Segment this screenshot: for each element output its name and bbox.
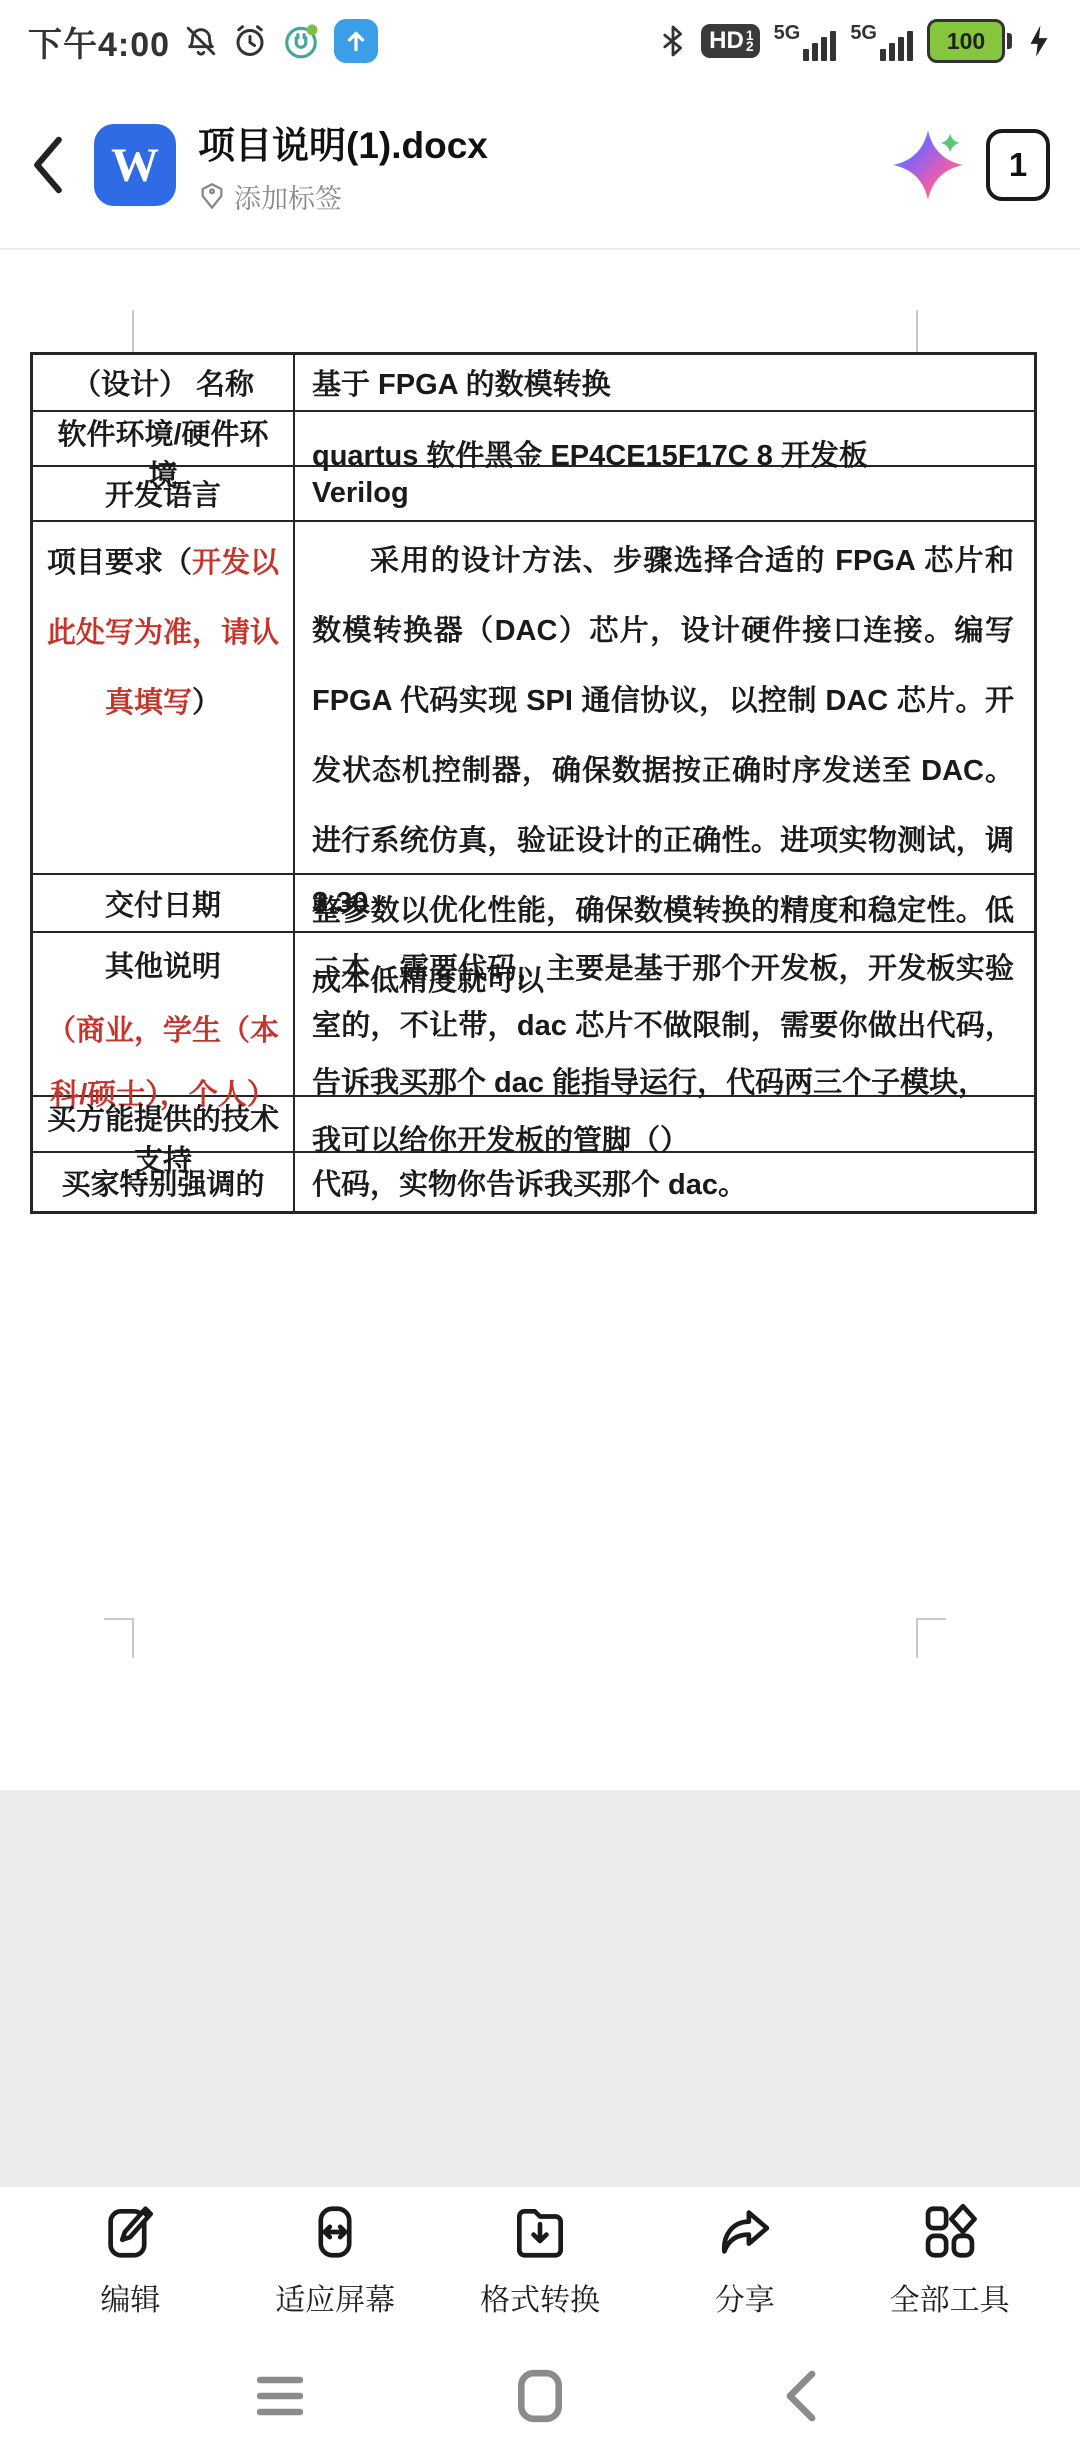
project-spec-table: （设计） 名称 基于 FPGA 的数模转换 软件环境/硬件环境 quartus … (30, 352, 1037, 1214)
page-end-background (0, 1790, 1080, 2187)
charging-bolt-icon (1026, 24, 1052, 58)
tag-icon (198, 182, 226, 210)
signal-sim1: 5G (774, 22, 837, 61)
menu-icon (254, 2374, 306, 2418)
share-icon (714, 2201, 776, 2263)
page-guide-top-left (132, 310, 134, 352)
share-button[interactable]: 分享 (675, 2201, 815, 2319)
volte-hd-badge: HD 12 (701, 24, 759, 58)
add-tag-button[interactable]: 添加标签 (198, 177, 888, 216)
page-guide-bottom-right-v (916, 1618, 918, 1658)
back-chevron-icon (782, 2370, 818, 2422)
document-page[interactable]: （设计） 名称 基于 FPGA 的数模转换 软件环境/硬件环境 quartus … (0, 250, 1080, 1790)
clock-text: 下午4:00 (28, 17, 170, 66)
row-value: 3.30 (295, 875, 1034, 931)
table-row: 买家特别强调的 代码，实物你告诉我买那个 dac。 (33, 1153, 1034, 1211)
row-value: Verilog (295, 467, 1034, 520)
row-value: 代码，实物你告诉我买那个 dac。 (295, 1153, 1034, 1211)
table-row: （设计） 名称 基于 FPGA 的数模转换 (33, 355, 1034, 412)
bluetooth-icon (659, 24, 687, 58)
table-row: 买方能提供的技术支持 我可以给你开发板的管脚（） (33, 1097, 1034, 1153)
table-row: 交付日期 3.30 (33, 875, 1034, 933)
table-row: 软件环境/硬件环境 quartus 软件黑金 EP4CE15F17C 8 开发板 (33, 412, 1034, 467)
row-label: （设计） 名称 (33, 355, 295, 410)
table-row: 其他说明（商业，学生（本科/硕士），个人） 二本，需要代码，主要是基于那个开发板… (33, 933, 1034, 1097)
edit-icon (99, 2201, 161, 2263)
page-guide-bottom-left-v (132, 1618, 134, 1658)
app-header: W 项目说明(1).docx 添加标签 (0, 82, 1080, 250)
page-guide-bottom-left-h (104, 1618, 134, 1620)
edit-button[interactable]: 编辑 (60, 2201, 200, 2319)
back-button[interactable] (30, 130, 80, 200)
upload-arrow-icon (334, 19, 378, 63)
status-bar: 下午4:00 HD 12 5G (0, 0, 1080, 82)
format-convert-button[interactable]: 格式转换 (470, 2201, 610, 2319)
all-tools-icon (919, 2201, 981, 2263)
phone-screen: 下午4:00 HD 12 5G (0, 0, 1080, 2460)
nav-back-button[interactable] (765, 2361, 835, 2431)
row-value: 基于 FPGA 的数模转换 (295, 355, 1034, 410)
eco-power-icon (282, 22, 320, 60)
page-guide-top-right (916, 310, 918, 352)
row-label: 买家特别强调的 (33, 1153, 295, 1211)
word-file-icon: W (94, 124, 176, 206)
tab-count-badge[interactable]: 1 (986, 129, 1050, 201)
nav-home-button[interactable] (505, 2361, 575, 2431)
system-nav-bar (0, 2332, 1080, 2460)
page-guide-bottom-right-h (916, 1618, 946, 1620)
fit-screen-icon (304, 2201, 366, 2263)
fit-screen-button[interactable]: 适应屏幕 (265, 2201, 405, 2319)
bottom-toolbar: 编辑 适应屏幕 格式转换 分享 全部工具 (0, 2187, 1080, 2332)
document-title: 项目说明(1).docx (198, 115, 888, 169)
battery-indicator: 100 (927, 19, 1012, 63)
nav-menu-button[interactable] (245, 2361, 315, 2431)
ai-assistant-button[interactable] (888, 125, 968, 205)
all-tools-button[interactable]: 全部工具 (880, 2201, 1020, 2319)
home-square-icon (517, 2369, 563, 2423)
row-label: 交付日期 (33, 875, 295, 931)
mute-bell-icon (184, 24, 218, 58)
alarm-clock-icon (232, 23, 268, 59)
signal-sim2: 5G (850, 22, 913, 61)
format-convert-icon (509, 2201, 571, 2263)
row-label: 开发语言 (33, 467, 295, 520)
table-row: 开发语言 Verilog (33, 467, 1034, 522)
table-row: 项目要求（开发以此处写为准，请认真填写） 采用的设计方法、步骤选择合适的 FPG… (33, 522, 1034, 875)
